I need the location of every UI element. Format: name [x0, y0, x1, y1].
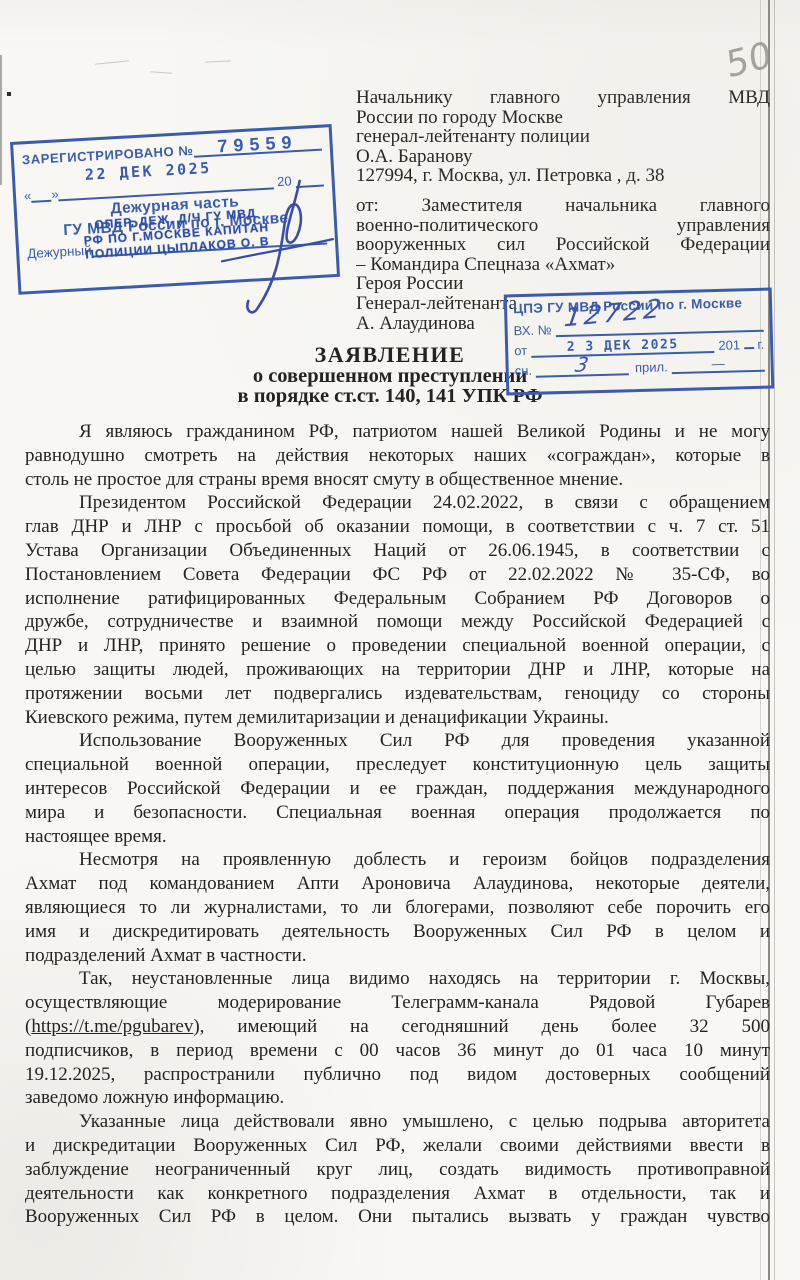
body-line: Несмотря на проявленную доблесть и герои… — [25, 848, 770, 872]
blank-line — [744, 347, 754, 349]
faint-smudge — [205, 60, 231, 62]
body-line: специальной военной операции, преследует… — [25, 753, 770, 777]
page-edge-line — [774, 0, 775, 1280]
body-line: глав ДНР и ЛНР с просьбой об оказании по… — [25, 515, 770, 539]
body-line: являющиеся то ли журналистами, то ли бло… — [25, 896, 770, 920]
body-line: интересов Российской Федерации и ее граж… — [25, 777, 770, 801]
body-line: заблуждение неограниченный круг лиц, соз… — [25, 1158, 770, 1182]
telegram-link: https://t.me/pgubarev — [31, 1016, 193, 1037]
body-line: подразделений Ахмат в частности. — [25, 944, 770, 968]
blank-line — [32, 200, 52, 203]
registration-stamp: ЗАРЕГИСТРИРОВАНО № 79559 22 ДЕК 2025 « »… — [10, 124, 340, 295]
body-line: настоящее время. — [25, 825, 770, 849]
sn-value-handwritten: 3 — [575, 359, 590, 369]
recipient-line: генерал-лейтенанту полиции — [356, 127, 770, 147]
link-suffix: ), имеющий на сегодняшний день более 32 … — [193, 1016, 770, 1037]
from-label: от — [514, 343, 527, 358]
page-edge-line — [0, 55, 2, 185]
sn-label: сн. — [515, 363, 533, 378]
scanned-document-page: 50 Начальнику главного управления МВД Ро… — [0, 0, 800, 1280]
body-line: имя и дискредитировать деятельность Воор… — [25, 920, 770, 944]
body-line: исполнение ратифицированных Федеральным … — [25, 587, 770, 611]
body-line: ДНР и ЛНР, принято решение о проведении … — [25, 634, 770, 658]
body-line-with-link: (https://t.me/pgubarev), имеющий на сего… — [25, 1015, 770, 1039]
sn-line: 3 — [536, 358, 629, 377]
year-suffix: г. — [757, 337, 764, 352]
recipient-line: Начальнику главного управления МВД — [356, 88, 770, 108]
faint-smudge — [150, 71, 172, 74]
recipient-line: России по городу Москве — [356, 108, 770, 128]
incoming-stamp: ЦПЭ ГУ МВД России по г. Москве ВХ. № 127… — [504, 288, 775, 396]
body-line: Президентом Российской Федерации 24.02.2… — [25, 491, 770, 515]
body-line: протяжении восьми лет подвергались издев… — [25, 682, 770, 706]
body-line: равнодушно смотреть на действия некоторы… — [25, 444, 770, 468]
sender-line: – Командира Спецназа «Ахмат» — [356, 255, 770, 275]
body-line: Использование Вооруженных Сил РФ для про… — [25, 729, 770, 753]
body-line: заведомо ложную информацию. — [25, 1086, 770, 1110]
body-line: деятельности как конкретного подразделен… — [25, 1182, 770, 1206]
body-line: 19.12.2025, распространили публично под … — [25, 1063, 770, 1087]
statement-body: Я являюсь гражданином РФ, патриотом наше… — [25, 420, 770, 1229]
faint-smudge — [95, 60, 129, 65]
open-quote: « — [24, 188, 32, 203]
body-line: осуществляющие модерирование Телеграмм-к… — [25, 991, 770, 1015]
body-line: целью защиты людей, проживающих на терри… — [25, 658, 770, 682]
recipient-line: 127994, г. Москва, ул. Петровка , д. 38 — [356, 166, 770, 186]
close-quote: » — [51, 186, 59, 201]
attachments-line: — — [671, 355, 764, 374]
body-line: Так, неустановленные лица видимо находяс… — [25, 967, 770, 991]
recipient-line: О.А. Баранову — [356, 147, 770, 167]
body-line: подписчиков, в период времени с 00 часов… — [25, 1039, 770, 1063]
body-line: Устава Организации Объединенных Наций от… — [25, 539, 770, 563]
year-prefix: 201 — [718, 337, 740, 353]
body-line: и дискредитации Вооруженных Сил РФ, жела… — [25, 1134, 770, 1158]
body-line: Постановлением Совета Федерации ФС РФ от… — [25, 563, 770, 587]
ink-speck — [7, 92, 11, 96]
body-line: столь не простое для страны время вносят… — [25, 468, 770, 492]
body-line: мира и безопасности. Специальная военная… — [25, 801, 770, 825]
body-line: Киевского режима, путем демилитаризации … — [25, 706, 770, 730]
page-number: 50 — [725, 34, 774, 86]
body-line: Ахмат под командованием Апти Ароновича А… — [25, 872, 770, 896]
body-line: Я являюсь гражданином РФ, патриотом наше… — [25, 420, 770, 444]
incoming-number-label: ВХ. № — [513, 322, 551, 338]
sender-line: от: Заместителя начальника главного — [356, 196, 770, 216]
signature — [212, 175, 344, 322]
incoming-date-stamp: 2 3 ДЕК 2025 — [531, 336, 715, 358]
sender-line: вооруженных сил Российской Федерации — [356, 235, 770, 255]
recipient-block: Начальнику главного управления МВД Росси… — [356, 88, 770, 186]
sender-line: военно-политического управления — [356, 216, 770, 236]
body-line: дружбе, сотрудничестве и взаимной помощи… — [25, 610, 770, 634]
attachments-label: прил. — [635, 359, 668, 375]
body-line: Указанные лица действовали явно умышлено… — [25, 1110, 770, 1134]
body-line: Вооруженных Сил РФ в целом. Они пытались… — [25, 1205, 770, 1229]
